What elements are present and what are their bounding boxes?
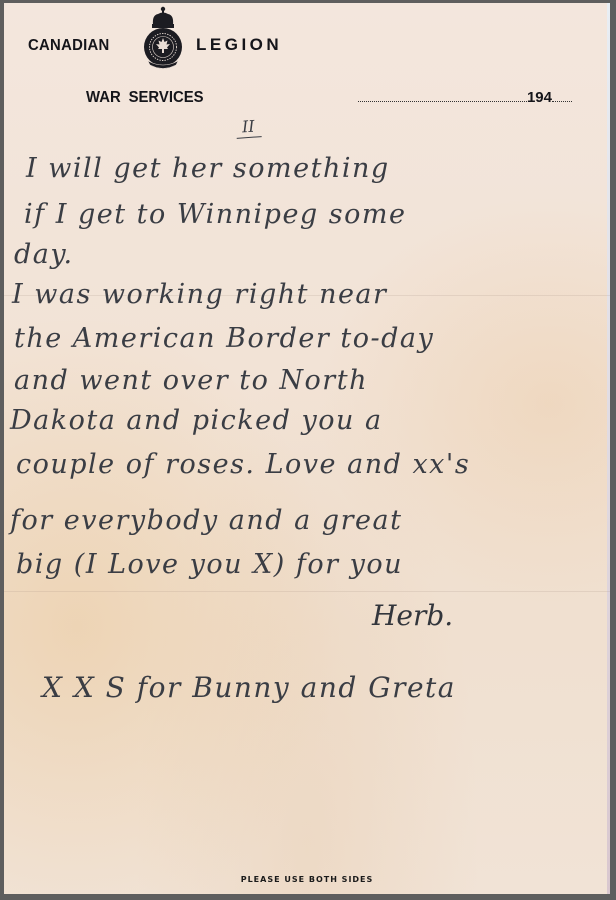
letter-paper: CANADIAN LEGION WAR SERVICES 194 II I wi… xyxy=(4,3,610,894)
letter-line: Dakota and picked you a xyxy=(10,405,383,436)
letter-line: I will get her something xyxy=(26,153,390,184)
image-frame: CANADIAN LEGION WAR SERVICES 194 II I wi… xyxy=(0,0,616,900)
paper-edge xyxy=(607,3,610,894)
letter-line: and went over to North xyxy=(14,365,368,396)
canadian-legion-crest-icon xyxy=(140,5,186,75)
letterhead-department: WAR SERVICES xyxy=(86,89,204,107)
letter-line: couple of roses. Love and xx's xyxy=(16,449,470,480)
footer-note: PLEASE USE BOTH SIDES xyxy=(4,875,610,884)
letter-line: for everybody and a great xyxy=(10,505,402,536)
letter-line: I was working right near xyxy=(12,279,387,310)
letter-line: big (I Love you X) for you xyxy=(16,549,403,580)
letterhead-legion: LEGION xyxy=(196,35,282,55)
letter-line: if I get to Winnipeg some xyxy=(24,199,407,230)
date-year-prefix: 194 xyxy=(527,89,552,106)
page-number: II xyxy=(235,116,261,139)
signature: Herb. xyxy=(372,599,453,632)
date-blank-line xyxy=(358,100,527,102)
date-field: 194 xyxy=(358,89,572,106)
letter-line: day. xyxy=(14,239,74,270)
letterhead-canadian: CANADIAN xyxy=(28,37,110,55)
postscript: X X S for Bunny and Greta xyxy=(42,671,456,704)
date-year-blank xyxy=(552,100,572,102)
fold-crease xyxy=(4,591,610,592)
letter-line: the American Border to-day xyxy=(14,323,434,354)
